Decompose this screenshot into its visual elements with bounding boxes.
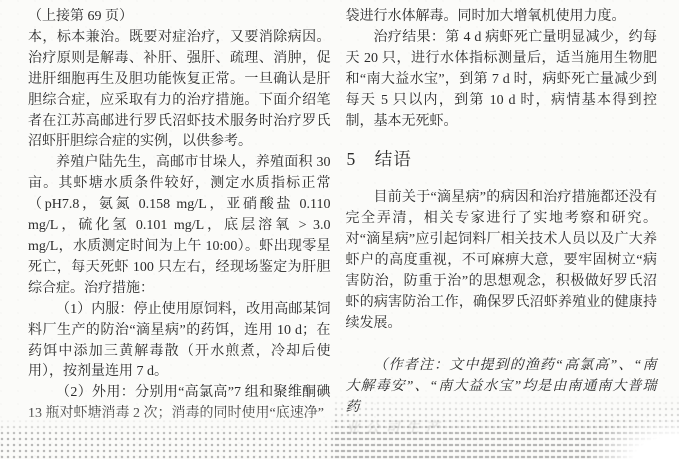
continuation-note: （上接第 69 页） [28,7,331,28]
paragraph-conclusion: 目前关于“滴星病”的病因和治疗措施都还没有完全弄清，相关专家进行了实地考察和研究… [346,188,657,334]
author-note: （作者注：文中提到的渔药“高氯高”、“南大解毒安”、“南大益水宝”均是由南通南大… [346,356,657,419]
paragraph-continued-line: 袋进行水体解毒。同时加大增氧机使用力度。 [346,7,657,28]
paragraph-external-treatment: （2）外用：分别用“高氯高”7 组和聚维酮碘 13 瓶对虾塘消毒 2 次；消毒的… [28,383,331,425]
document-page: （上接第 69 页） 本，标本兼治。既要对症治疗，又要消除病因。治疗原则是解毒、… [0,0,679,459]
right-column: 袋进行水体解毒。同时加大增氧机使用力度。 治疗结果：第 4 d 病虾死亡量明显减… [346,7,657,459]
paragraph-case-description: 养殖户陆先生，高邮市甘垛人，养殖面积 30 亩。其虾塘水质条件较好，测定水质指标… [28,153,331,299]
paragraph-treatment-result: 治疗结果：第 4 d 病虾死亡量明显减少，约每天 20 只，进行水体指标测量后，… [346,28,657,133]
paragraph-internal-treatment: （1）内服：停止使用原饲料，改用高邮某饲料厂生产的防治“滴星病”的药饵，连用 1… [28,300,331,384]
faded-print-line: 业公司生产 [346,419,657,440]
section-heading-conclusion: 5 结语 [347,146,657,171]
left-column: （上接第 69 页） 本，标本兼治。既要对症治疗，又要消除病因。治疗原则是解毒、… [28,7,331,459]
paragraph-treatment-principle: 本，标本兼治。既要对症治疗，又要消除病因。治疗原则是解毒、补肝、强肝、疏理、消肿… [28,28,331,153]
